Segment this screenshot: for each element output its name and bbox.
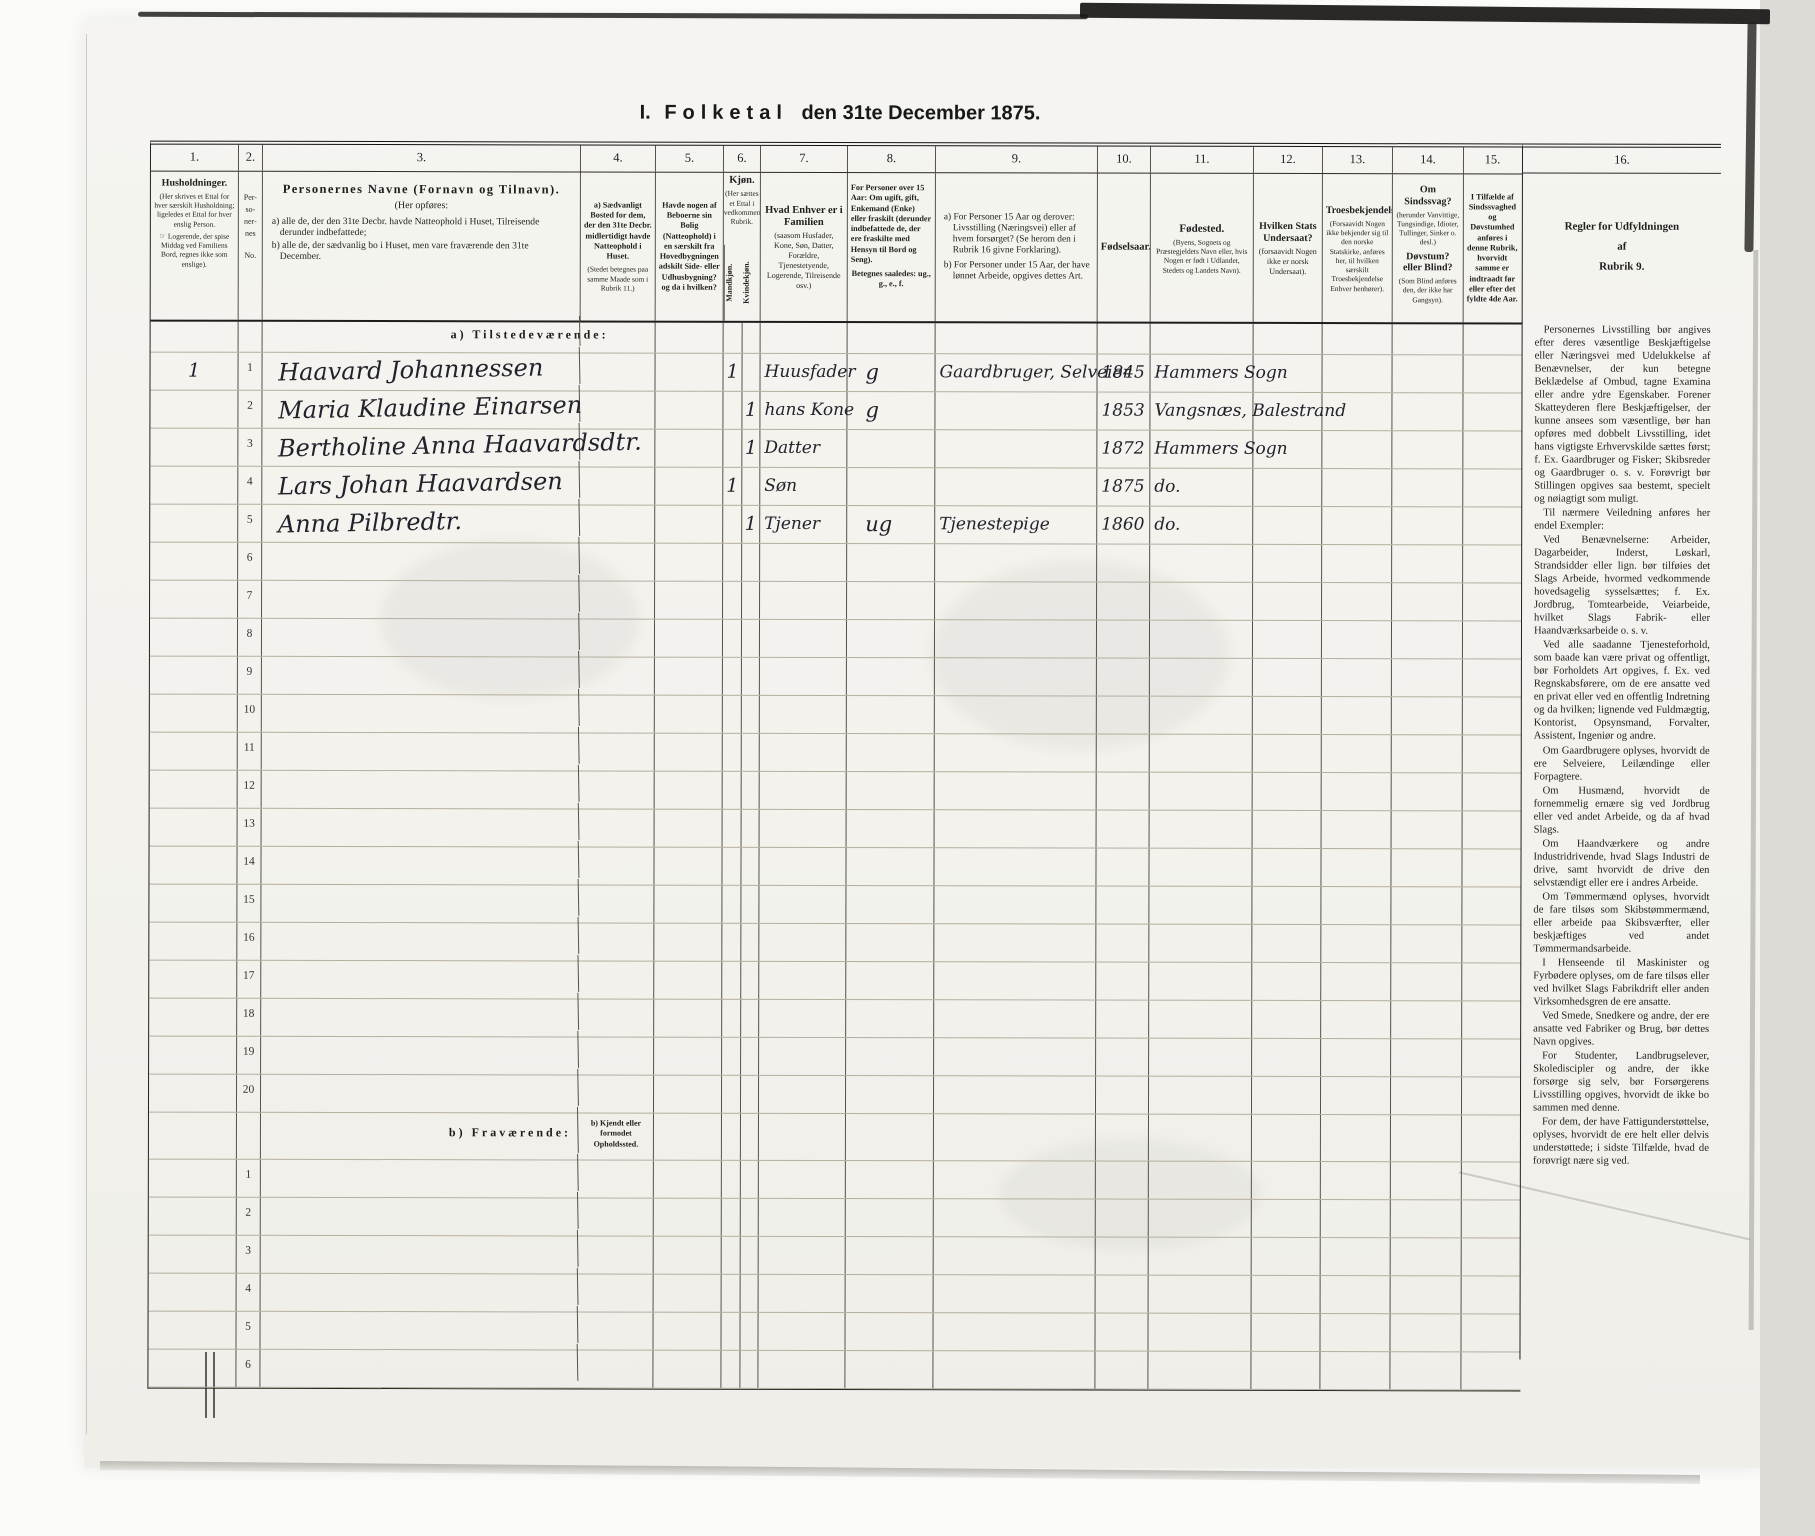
cell-family-position — [760, 658, 847, 695]
cell-usual-residence — [580, 581, 655, 618]
cell-birthplace — [1149, 1162, 1252, 1199]
cell-outbuilding — [654, 924, 722, 961]
cell-occupation — [935, 734, 1097, 771]
cell-family-position: Søn — [760, 468, 847, 505]
cell-birth-year — [1096, 1162, 1149, 1199]
cell-name — [262, 316, 581, 352]
cell-row-number: 2 — [238, 391, 262, 428]
cell-occupation — [935, 658, 1097, 695]
cell-birthplace — [1150, 621, 1253, 658]
table-row: 4 — [149, 1274, 1521, 1315]
cell-citizenship — [1252, 1077, 1321, 1114]
cell-male — [722, 1275, 741, 1312]
cell-occupation — [934, 924, 1096, 961]
cell-name: Anna Pilbredtr. — [261, 499, 580, 542]
cell-marital-status — [846, 1038, 934, 1075]
cell-birthplace — [1148, 1314, 1251, 1351]
cell-outbuilding — [655, 582, 723, 619]
present-persons-rows: 11Haavard Johannessen1HuusfadergGaardbru… — [149, 353, 1523, 1116]
cell-faith — [1322, 507, 1392, 544]
col2-number: 2. — [239, 145, 263, 171]
cell-birth-year — [1097, 735, 1150, 772]
header-citizenship: Hvilken Stats Undersaat? (forsaavidt Nog… — [1254, 174, 1323, 322]
cell-name — [261, 803, 580, 846]
cell-onset — [1463, 735, 1520, 772]
header-marital-status: For Personer over 15 Aar: Om ugift, gift… — [848, 173, 936, 321]
cell-onset — [1462, 849, 1519, 886]
cell-marital-status — [846, 1237, 934, 1274]
cell-birth-year — [1097, 659, 1150, 696]
cell-usual-residence — [580, 657, 655, 694]
title-main: Folketal — [664, 102, 788, 124]
cell-marital-status — [846, 886, 934, 923]
cell-marital-status — [847, 468, 935, 505]
table-row: b) Kjendt eller formodet Opholdssted. — [149, 1113, 1521, 1162]
cell-name — [260, 1306, 579, 1349]
cell-name — [261, 537, 580, 580]
cell-male — [721, 1351, 740, 1388]
cell-outbuilding — [655, 734, 723, 771]
header-sex: Kjøn. (Her sættes et Ettal i vedkommende… — [724, 173, 761, 321]
cell-family-position — [759, 1000, 846, 1037]
table-row: 14 — [149, 847, 1521, 888]
cell-name: Lars Johan Haavardsen — [262, 461, 581, 504]
cell-marital-status — [847, 734, 935, 771]
cell-usual-residence — [580, 771, 655, 808]
cell-birth-year — [1096, 887, 1149, 924]
page-content: I. Folketal den 31te December 1875. 1. 2… — [0, 0, 1815, 1536]
cell-outbuilding — [656, 323, 724, 353]
cell-female: 1 — [742, 430, 760, 467]
cell-row-number: 4 — [237, 1274, 261, 1311]
cell-marital-status — [846, 1000, 934, 1037]
title-date: den 31te December 1875. — [801, 102, 1040, 125]
cell-occupation: Tjenestepige — [935, 506, 1097, 543]
cell-name — [261, 917, 580, 960]
cell-household — [149, 923, 237, 960]
cell-usual-residence — [579, 1274, 654, 1311]
cell-faith — [1322, 697, 1392, 734]
cell-family-position: Datter — [760, 430, 847, 467]
cell-faith — [1321, 1039, 1391, 1076]
cell-disability — [1391, 1077, 1462, 1114]
cell-faith — [1322, 431, 1392, 468]
rules-column: 16. Regler for Udfyldningen af Rubrik 9.… — [1519, 143, 1721, 1359]
cell-birth-year — [1096, 1115, 1149, 1161]
cell-outbuilding — [654, 1199, 722, 1236]
cell-male — [724, 323, 743, 353]
cell-faith — [1321, 1276, 1391, 1313]
table-row: 20 — [149, 1075, 1521, 1116]
cell-male — [722, 924, 741, 961]
cell-name — [260, 1192, 579, 1235]
cell-outbuilding — [655, 354, 723, 391]
cell-citizenship — [1251, 1314, 1320, 1351]
table-row: 12 — [150, 771, 1522, 812]
cell-male — [721, 1313, 740, 1350]
col5-number: 5. — [656, 146, 724, 172]
cell-female: 1 — [742, 506, 760, 543]
cell-household — [150, 695, 238, 732]
cell-usual-residence — [579, 1236, 654, 1273]
cell-family-position — [759, 1199, 846, 1236]
cell-household — [150, 809, 238, 846]
cell-occupation — [933, 1313, 1095, 1350]
cell-faith — [1321, 1162, 1391, 1199]
col6-number: 6. — [724, 146, 761, 172]
cell-usual-residence — [580, 695, 655, 732]
cell-row-number: 1 — [237, 1160, 261, 1197]
cell-occupation — [935, 810, 1097, 847]
cell-male — [723, 734, 742, 771]
cell-faith — [1321, 1200, 1391, 1237]
cell-birth-year — [1097, 697, 1150, 734]
cell-male — [722, 1199, 741, 1236]
cell-usual-residence — [579, 923, 654, 960]
cell-female — [741, 1275, 759, 1312]
cell-usual-residence — [579, 999, 654, 1036]
cell-citizenship — [1253, 773, 1322, 810]
cell-birth-year — [1096, 849, 1149, 886]
cell-marital-status — [847, 658, 935, 695]
header-birthplace: Fødested. (Byens, Sognets og Præstegjeld… — [1151, 174, 1254, 322]
cell-onset — [1462, 1115, 1519, 1161]
cell-female — [742, 810, 760, 847]
cell-row-number: 12 — [238, 771, 262, 808]
cell-household — [150, 581, 238, 618]
cell-household — [149, 961, 237, 998]
cell-outbuilding — [654, 1000, 722, 1037]
cell-family-position — [760, 810, 847, 847]
cell-occupation — [933, 1351, 1095, 1388]
cell-birth-year — [1095, 1352, 1148, 1389]
table-row: 18 — [149, 999, 1521, 1040]
cell-birthplace — [1150, 773, 1253, 810]
cell-usual-residence — [579, 885, 654, 922]
cell-female — [742, 696, 760, 733]
col16-number: 16. — [1523, 147, 1721, 173]
cell-onset — [1462, 1162, 1519, 1199]
cell-outbuilding — [655, 392, 723, 429]
cell-household — [149, 1113, 237, 1159]
cell-male — [722, 886, 741, 923]
col4-number: 4. — [581, 145, 656, 171]
cell-marital-status — [847, 582, 935, 619]
cell-usual-residence — [579, 1075, 654, 1112]
cell-household — [150, 505, 238, 542]
header-names: Personernes Navne (Fornavn og Tilnavn). … — [263, 172, 581, 321]
cell-usual-residence — [580, 619, 655, 656]
cell-row-number: 2 — [237, 1198, 261, 1235]
cell-disability — [1392, 545, 1463, 582]
cell-onset — [1462, 1077, 1519, 1114]
header-outbuilding: Havde nogen af Beboerne sin Bolig (Natte… — [656, 173, 724, 321]
cell-occupation — [935, 620, 1097, 657]
cell-female — [741, 1114, 759, 1160]
cell-disability — [1392, 583, 1463, 620]
cell-onset — [1463, 583, 1520, 620]
cell-birthplace — [1149, 849, 1252, 886]
cell-birth-year — [1097, 811, 1150, 848]
cell-household — [150, 657, 238, 694]
cell-usual-residence — [580, 733, 655, 770]
cell-birthplace — [1149, 1238, 1252, 1275]
cell-name — [261, 955, 580, 998]
cell-male: 1 — [723, 468, 742, 505]
rules-column-body: Personernes Livsstilling bør angives eft… — [1521, 319, 1721, 1167]
cell-family-position — [760, 772, 847, 809]
cell-household — [150, 771, 238, 808]
cell-outbuilding — [654, 848, 722, 885]
header-person-number: Per- so- ner- nes No. — [239, 172, 263, 320]
cell-disability — [1392, 507, 1463, 544]
cell-marital-status — [847, 696, 935, 733]
cell-citizenship — [1252, 1039, 1321, 1076]
cell-family-position — [760, 544, 847, 581]
cell-female — [742, 582, 760, 619]
cell-name — [261, 613, 580, 656]
col10-number: 10. — [1098, 147, 1151, 173]
cell-usual-residence — [579, 1037, 654, 1074]
cell-occupation — [934, 962, 1096, 999]
cell-faith — [1322, 545, 1392, 582]
header-female: Kvindekjøn. — [742, 245, 760, 321]
cell-disability — [1391, 1200, 1462, 1237]
cell-usual-residence — [579, 847, 654, 884]
cell-row-number: 9 — [238, 657, 262, 694]
cell-female — [740, 1351, 758, 1388]
table-row: 11Haavard Johannessen1HuusfadergGaardbru… — [150, 353, 1522, 394]
cell-marital-status — [847, 810, 935, 847]
cell-faith — [1320, 1352, 1390, 1389]
cell-occupation — [934, 1161, 1096, 1198]
cell-disability — [1391, 1238, 1462, 1275]
table-row: 10 — [150, 695, 1522, 736]
cell-outbuilding — [654, 1076, 722, 1113]
table-row: 19 — [149, 1037, 1521, 1078]
cell-outbuilding — [655, 430, 723, 467]
cell-birthplace — [1150, 811, 1253, 848]
col9-number: 9. — [936, 146, 1098, 172]
cell-occupation — [934, 1199, 1096, 1236]
cell-household — [150, 467, 238, 504]
cell-citizenship — [1251, 1352, 1320, 1389]
title-numeral: I. — [640, 102, 651, 124]
cell-male — [723, 544, 742, 581]
cell-citizenship — [1252, 1276, 1321, 1313]
cell-household — [150, 619, 238, 656]
cell-birth-year — [1096, 1001, 1149, 1038]
cell-birth-year — [1095, 1314, 1148, 1351]
cell-citizenship — [1252, 963, 1321, 1000]
cell-birthplace — [1149, 1001, 1252, 1038]
cell-male — [723, 620, 742, 657]
cell-occupation — [935, 430, 1097, 467]
cell-household — [149, 1037, 237, 1074]
table-row: 3 — [149, 1236, 1521, 1277]
cell-disability — [1392, 355, 1463, 392]
cell-female — [743, 323, 761, 353]
cell-onset — [1463, 697, 1520, 734]
cell-family-position — [760, 696, 847, 733]
cell-name — [260, 1154, 579, 1197]
cell-faith — [1321, 963, 1391, 1000]
cell-citizenship — [1253, 583, 1322, 620]
cell-disability — [1392, 431, 1463, 468]
absent-persons-rows: 123456 — [148, 1160, 1520, 1391]
cell-usual-residence — [579, 1198, 654, 1235]
cell-name — [260, 1268, 579, 1311]
cell-female — [741, 886, 759, 923]
cell-row-number: 18 — [237, 999, 261, 1036]
cell-onset — [1463, 773, 1520, 810]
cell-disability — [1392, 469, 1463, 506]
cell-birthplace — [1149, 1276, 1252, 1313]
cell-citizenship — [1253, 545, 1322, 582]
cell-marital-status — [847, 772, 935, 809]
cell-female — [741, 1076, 759, 1113]
cell-usual-residence — [578, 1350, 653, 1387]
header-occupation: a) For Personer 15 Aar og derover: Livss… — [936, 173, 1098, 321]
cell-marital-status — [847, 620, 935, 657]
cell-row-number — [239, 322, 263, 352]
cell-family-position — [760, 620, 847, 657]
cell-citizenship — [1253, 469, 1322, 506]
cell-birthplace — [1149, 1077, 1252, 1114]
cell-usual-residence — [579, 1160, 654, 1197]
cell-female — [740, 1313, 758, 1350]
cell-row-number: 10 — [238, 695, 262, 732]
cell-female — [742, 468, 760, 505]
table-row: 2Maria Klaudine Einarsen1hans Koneg1853V… — [150, 391, 1522, 432]
cell-faith — [1322, 469, 1392, 506]
cell-disability — [1391, 925, 1462, 962]
cell-birth-year — [1096, 925, 1149, 962]
col15-number: 15. — [1464, 147, 1521, 173]
cell-occupation — [935, 696, 1097, 733]
col13-number: 13. — [1323, 147, 1393, 173]
cell-faith — [1321, 1115, 1391, 1161]
cell-male: 1 — [723, 354, 742, 391]
cell-birthplace — [1150, 545, 1253, 582]
cell-outbuilding — [654, 1275, 722, 1312]
col7-number: 7. — [761, 146, 848, 172]
cell-family-position — [759, 848, 846, 885]
cell-family-position — [761, 323, 848, 353]
cell-faith — [1323, 324, 1393, 354]
cell-birthplace: do. — [1150, 469, 1253, 506]
cell-row-number: 3 — [238, 429, 262, 466]
cell-household — [150, 391, 238, 428]
cell-name — [261, 727, 580, 770]
table-row: 9 — [150, 657, 1522, 698]
table-row: 2 — [149, 1198, 1521, 1239]
cell-family-position — [758, 1351, 845, 1388]
cell-female — [742, 620, 760, 657]
cell-birthplace — [1149, 1039, 1252, 1076]
column-header-row: Husholdninger. (Her skrives et Ettal for… — [151, 172, 1523, 325]
cell-marital-status — [846, 962, 934, 999]
cell-usual-residence — [578, 1312, 653, 1349]
cell-disability — [1392, 393, 1463, 430]
cell-faith — [1322, 811, 1392, 848]
cell-outbuilding — [655, 658, 723, 695]
cell-faith — [1321, 1238, 1391, 1275]
cell-citizenship — [1253, 621, 1322, 658]
table-row: 7 — [150, 581, 1522, 622]
cell-onset — [1463, 431, 1520, 468]
cell-row-number: 3 — [237, 1236, 261, 1273]
cell-birthplace — [1150, 659, 1253, 696]
table-row: 16 — [149, 923, 1521, 964]
cell-birthplace — [1149, 963, 1252, 1000]
cell-name — [260, 1230, 579, 1273]
rules-column-title: Regler for Udfyldningen af Rubrik 9. — [1523, 173, 1721, 319]
cell-female — [742, 354, 760, 391]
cell-household — [149, 1236, 237, 1273]
cell-household — [149, 1160, 237, 1197]
table-row: 5Anna Pilbredtr.1TjenerugTjenestepige186… — [150, 505, 1522, 546]
cell-birthplace — [1149, 887, 1252, 924]
cell-disability — [1390, 1352, 1461, 1389]
cell-birth-year: 1853 — [1097, 393, 1150, 430]
cell-usual-residence — [580, 505, 655, 542]
cell-occupation — [935, 544, 1097, 581]
cell-onset — [1462, 963, 1519, 1000]
cell-citizenship — [1253, 659, 1322, 696]
table-row: 6 — [150, 543, 1522, 584]
cell-occupation — [936, 323, 1098, 353]
cell-faith — [1322, 773, 1392, 810]
cell-onset — [1462, 925, 1519, 962]
cell-disability — [1392, 735, 1463, 772]
cell-citizenship — [1252, 887, 1321, 924]
cell-household — [149, 1274, 237, 1311]
cell-birth-year — [1096, 1238, 1149, 1275]
cell-disability — [1392, 659, 1463, 696]
cell-faith — [1320, 1314, 1390, 1351]
cell-disability — [1390, 1314, 1461, 1351]
table-row: 1 — [149, 1160, 1521, 1201]
cell-disability — [1391, 849, 1462, 886]
cell-outbuilding — [655, 810, 723, 847]
cell-onset — [1463, 393, 1520, 430]
cell-female — [741, 1161, 759, 1198]
cell-birth-year — [1097, 621, 1150, 658]
col3-number: 3. — [263, 145, 581, 172]
cell-household: 1 — [150, 353, 238, 390]
cell-name — [260, 1069, 579, 1112]
cell-birth-year — [1096, 1039, 1149, 1076]
cell-disability — [1392, 621, 1463, 658]
cell-usual-residence — [580, 467, 655, 504]
cell-marital-status — [845, 1313, 933, 1350]
cell-birth-year: 1872 — [1097, 431, 1150, 468]
cell-onset — [1462, 1276, 1519, 1313]
cell-faith — [1321, 849, 1391, 886]
table-row: 13 — [150, 809, 1522, 850]
cell-outbuilding — [654, 962, 722, 999]
cell-faith — [1321, 1077, 1391, 1114]
cell-marital-status: ug — [847, 506, 935, 543]
table-row — [151, 322, 1523, 355]
cell-onset — [1464, 324, 1521, 354]
cell-marital-status — [846, 1161, 934, 1198]
cell-marital-status — [846, 1076, 934, 1113]
cell-birthplace — [1150, 583, 1253, 620]
cell-male — [723, 696, 742, 733]
cell-family-position: Huusfader — [760, 354, 847, 391]
